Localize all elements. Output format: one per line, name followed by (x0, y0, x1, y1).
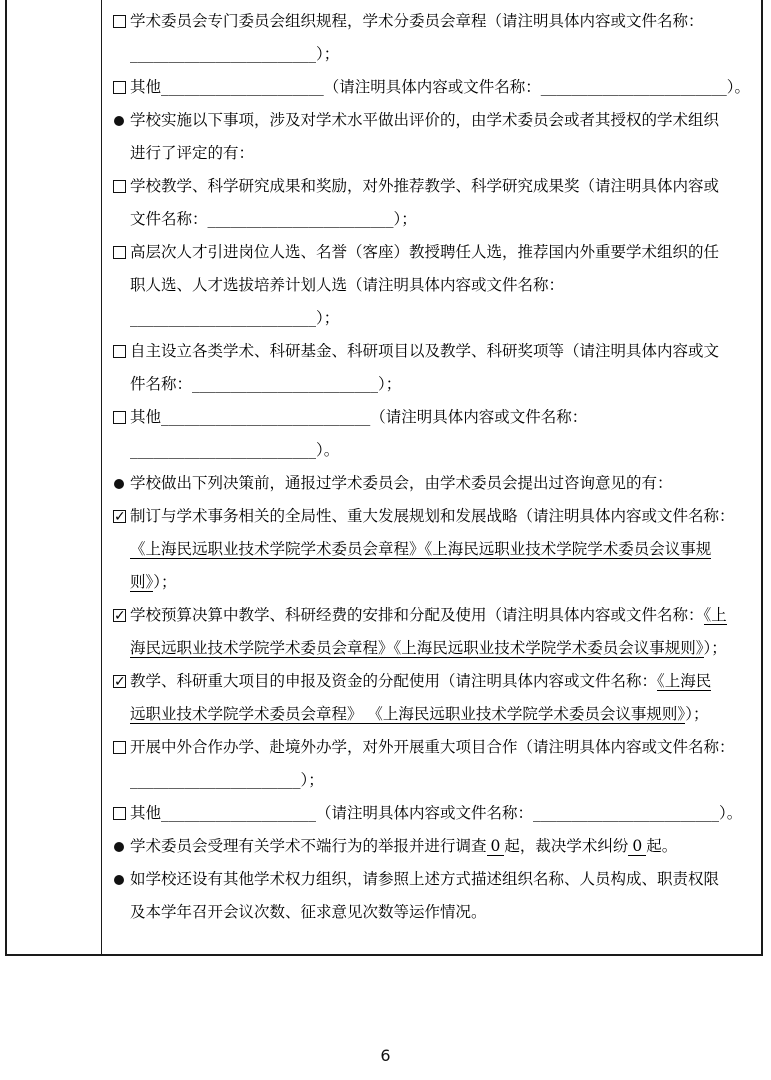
text-run: 学校实施以下事项，涉及对学术水平做出评价的，由学术委员会或者其授权的学术组织 (130, 111, 719, 129)
item-text: 学校教学、科学研究成果和奖励，对外推荐教学、科学研究成果奖（请注明具体内容或文件… (130, 177, 719, 228)
item-text: 学术委员会专门委员会组织规程，学术分委员会章程（请注明具体内容或文件名称：___… (130, 12, 704, 63)
text-run: ）； (316, 45, 339, 63)
text-run: 其他 (130, 78, 161, 96)
item-text: 学校实施以下事项，涉及对学术水平做出评价的，由学术委员会或者其授权的学术组织进行… (130, 111, 719, 162)
blank-field: ________________________ (208, 210, 394, 228)
blank-field: ________________________ (533, 804, 719, 822)
form-item: 自主设立各类学术、科研基金、科研项目以及教学、科研奖项等（请注明具体内容或文件名… (113, 335, 753, 401)
text-run: 及本学年召开会议次数、征求意见次数等运作情况。 (130, 903, 487, 921)
item-text: 学术委员会受理有关学术不端行为的举报并进行调查0起，裁决学术纠纷0起。 (130, 837, 677, 856)
text-run: 学校教学、科学研究成果和奖励，对外推荐教学、科学研究成果奖（请注明具体内容或 (130, 177, 719, 195)
text-run: 职人选、人才选拔培养计划人选（请注明具体内容或文件名称： (130, 276, 564, 294)
document-page: 学术委员会专门委员会组织规程，学术分委员会章程（请注明具体内容或文件名称：___… (0, 0, 771, 1080)
text-run: ）。 (719, 804, 742, 822)
text-run: 进行了评定的有： (130, 144, 254, 162)
bullet-icon (114, 116, 124, 126)
text-run: 学术委员会受理有关学术不端行为的举报并进行调查 (130, 837, 487, 855)
item-text: 教学、科研重大项目的申报及资金的分配使用（请注明具体内容或文件名称：《上海民远职… (130, 672, 711, 724)
form-item: 如学校还设有其他学术权力组织，请参照上述方式描述组织名称、人员构成、职责权限及本… (113, 863, 753, 929)
form-item: 学校做出下列决策前，通报过学术委员会，由学术委员会提出过咨询意见的有： (113, 467, 753, 500)
text-run: ）； (378, 375, 401, 393)
text-run: ）。 (316, 441, 339, 459)
text-run: （请注明具体内容或文件名称： (316, 804, 533, 822)
form-item: ✓教学、科研重大项目的申报及资金的分配使用（请注明具体内容或文件名称：《上海民远… (113, 665, 753, 731)
checkbox-unchecked-icon[interactable] (113, 741, 126, 754)
text-run: 件名称： (130, 375, 192, 393)
item-text: 制订与学术事务相关的全局性、重大发展规划和发展战略（请注明具体内容或文件名称：《… (130, 507, 735, 592)
form-item: 开展中外合作办学、赴境外办学，对外开展重大项目合作（请注明具体内容或文件名称：_… (113, 731, 753, 797)
underlined-entry: 远职业技术学院学术委员会章程》 《上海民远职业技术学院学术委员会议事规则》 (130, 705, 685, 724)
item-text: 高层次人才引进岗位人选、名誉（客座）教授聘任人选，推荐国内外重要学术组织的任职人… (130, 243, 719, 327)
text-run: 起，裁决学术纠纷 (504, 837, 628, 855)
item-text: 学校做出下列决策前，通报过学术委员会，由学术委员会提出过咨询意见的有： (130, 474, 673, 492)
form-item: 学术委员会受理有关学术不端行为的举报并进行调查0起，裁决学术纠纷0起。 (113, 830, 753, 863)
text-run: ）。 (727, 78, 750, 96)
checkbox-unchecked-icon[interactable] (113, 246, 126, 259)
blank-field: ________________________ (130, 45, 316, 63)
form-item: 其他_____________________（请注明具体内容或文件名称：___… (113, 71, 753, 104)
underlined-entry: 则》 (130, 573, 153, 592)
blank-field: _____________________ (161, 78, 324, 96)
blank-field: ___________________________ (161, 408, 370, 426)
form-item: 学校实施以下事项，涉及对学术水平做出评价的，由学术委员会或者其授权的学术组织进行… (113, 104, 753, 170)
blank-field: ______________________ (130, 771, 301, 789)
text-run: （请注明具体内容或文件名称： (370, 408, 587, 426)
text-run: 高层次人才引进岗位人选、名誉（客座）教授聘任人选，推荐国内外重要学术组织的任 (130, 243, 719, 261)
form-item: 高层次人才引进岗位人选、名誉（客座）教授聘任人选，推荐国内外重要学术组织的任职人… (113, 236, 753, 335)
text-run: ）； (301, 771, 324, 789)
form-item: ✓制订与学术事务相关的全局性、重大发展规划和发展战略（请注明具体内容或文件名称：… (113, 500, 753, 599)
underlined-entry: 《上 (704, 606, 727, 625)
underlined-entry: 《上海民远职业技术学院学术委员会章程》《上海民远职业技术学院学术委员会议事规 (130, 540, 711, 559)
item-text: 开展中外合作办学、赴境外办学，对外开展重大项目合作（请注明具体内容或文件名称：_… (130, 738, 735, 789)
checkbox-unchecked-icon[interactable] (113, 807, 126, 820)
form-item: 其他____________________（请注明具体内容或文件名称：____… (113, 797, 753, 830)
text-run: ）； (316, 309, 339, 327)
item-text: 如学校还设有其他学术权力组织，请参照上述方式描述组织名称、人员构成、职责权限及本… (130, 870, 719, 921)
item-text: 其他_____________________（请注明具体内容或文件名称：___… (130, 78, 750, 96)
checkbox-checked-icon[interactable]: ✓ (113, 675, 126, 688)
text-run: 其他 (130, 408, 161, 426)
page-number: 6 (0, 1046, 771, 1065)
checkbox-unchecked-icon[interactable] (113, 411, 126, 424)
text-run: 自主设立各类学术、科研基金、科研项目以及教学、科研奖项等（请注明具体内容或文 (130, 342, 719, 360)
underlined-entry: 0 (487, 837, 505, 856)
item-text: 其他___________________________（请注明具体内容或文件… (130, 408, 587, 459)
checkbox-unchecked-icon[interactable] (113, 180, 126, 193)
table-content-cell: 学术委员会专门委员会组织规程，学术分委员会章程（请注明具体内容或文件名称：___… (102, 0, 761, 954)
item-text: 学校预算决算中教学、科研经费的安排和分配及使用（请注明具体内容或文件名称：《上海… (130, 606, 727, 658)
checkbox-checked-icon[interactable]: ✓ (113, 609, 126, 622)
form-table: 学术委员会专门委员会组织规程，学术分委员会章程（请注明具体内容或文件名称：___… (5, 0, 763, 956)
text-run: 学术委员会专门委员会组织规程，学术分委员会章程（请注明具体内容或文件名称： (130, 12, 704, 30)
underlined-entry: 海民远职业技术学院学术委员会章程》《上海民远职业技术学院学术委员会议事规则》 (130, 639, 704, 658)
bullet-icon (114, 479, 124, 489)
underlined-entry: 《上海民 (657, 672, 711, 691)
form-item: ✓学校预算决算中教学、科研经费的安排和分配及使用（请注明具体内容或文件名称：《上… (113, 599, 753, 665)
text-run: 如学校还设有其他学术权力组织，请参照上述方式描述组织名称、人员构成、职责权限 (130, 870, 719, 888)
text-run: 教学、科研重大项目的申报及资金的分配使用（请注明具体内容或文件名称： (130, 672, 657, 690)
text-run: ）； (704, 639, 727, 657)
text-run: ）； (153, 573, 176, 591)
text-run: 制订与学术事务相关的全局性、重大发展规划和发展战略（请注明具体内容或文件名称： (130, 507, 735, 525)
checkbox-unchecked-icon[interactable] (113, 345, 126, 358)
blank-field: ________________________ (541, 78, 727, 96)
text-run: 学校预算决算中教学、科研经费的安排和分配及使用（请注明具体内容或文件名称： (130, 606, 704, 624)
text-run: 其他 (130, 804, 161, 822)
blank-field: ________________________ (192, 375, 378, 393)
text-run: 开展中外合作办学、赴境外办学，对外开展重大项目合作（请注明具体内容或文件名称： (130, 738, 735, 756)
form-item: 其他___________________________（请注明具体内容或文件… (113, 401, 753, 467)
table-left-cell (7, 0, 102, 954)
form-item: 学术委员会专门委员会组织规程，学术分委员会章程（请注明具体内容或文件名称：___… (113, 5, 753, 71)
checkbox-unchecked-icon[interactable] (113, 15, 126, 28)
blank-field: ________________________ (130, 441, 316, 459)
bullet-icon (114, 875, 124, 885)
blank-field: ________________________ (130, 309, 316, 327)
item-text: 自主设立各类学术、科研基金、科研项目以及教学、科研奖项等（请注明具体内容或文件名… (130, 342, 719, 393)
underlined-entry: 0 (628, 837, 646, 856)
blank-field: ____________________ (161, 804, 316, 822)
form-item: 学校教学、科学研究成果和奖励，对外推荐教学、科学研究成果奖（请注明具体内容或文件… (113, 170, 753, 236)
text-run: 文件名称： (130, 210, 208, 228)
text-run: 起。 (646, 837, 677, 855)
checkbox-unchecked-icon[interactable] (113, 81, 126, 94)
text-run: ）； (394, 210, 417, 228)
text-run: ）； (685, 705, 708, 723)
checkbox-checked-icon[interactable]: ✓ (113, 510, 126, 523)
text-run: 学校做出下列决策前，通报过学术委员会，由学术委员会提出过咨询意见的有： (130, 474, 673, 492)
item-text: 其他____________________（请注明具体内容或文件名称：____… (130, 804, 742, 822)
bullet-icon (114, 842, 124, 852)
text-run: （请注明具体内容或文件名称： (324, 78, 541, 96)
